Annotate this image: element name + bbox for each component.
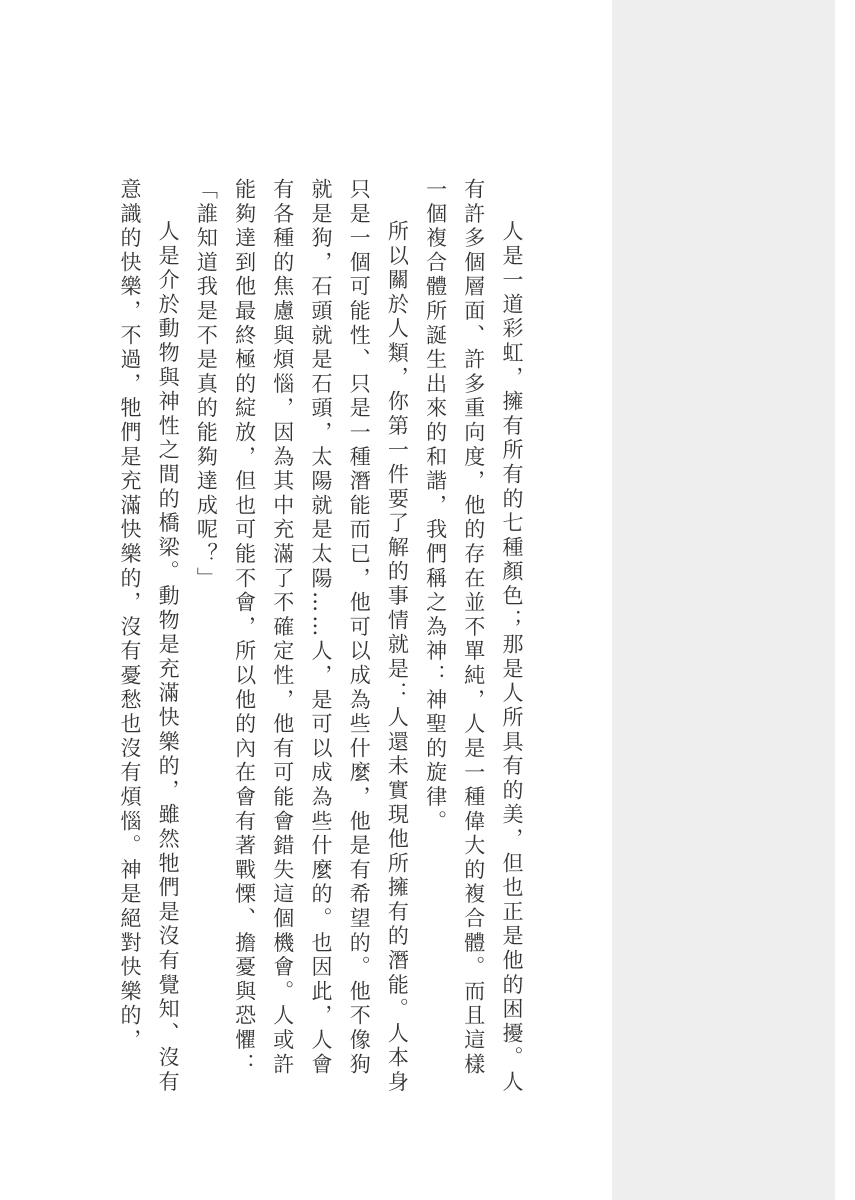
- paragraph-bridge: 人是介於動物與神性之間的橋梁。動物是充滿快樂的，雖然牠們是沒有覺知、沒有意識的快…: [111, 178, 187, 1098]
- paragraph-potential: 所以關於人類，你第一件要了解的事情就是：人還未實現他所擁有的潛能。人本身只是一個…: [225, 178, 416, 1098]
- paragraph-rainbow: 人是一道彩虹，擁有所有的七種顏色；那是人所具有的美，但也正是他的困擾。人有許多個…: [416, 178, 531, 1098]
- body-text-vertical: 人是一道彩虹，擁有所有的七種顏色；那是人所具有的美，但也正是他的困擾。人有許多個…: [111, 178, 531, 1098]
- paragraph-quote: 「誰知道我是不是真的能夠達成呢？」: [187, 178, 225, 1098]
- chapter-side-panel: 第一章 人是一道彩虹: [612, 0, 835, 1200]
